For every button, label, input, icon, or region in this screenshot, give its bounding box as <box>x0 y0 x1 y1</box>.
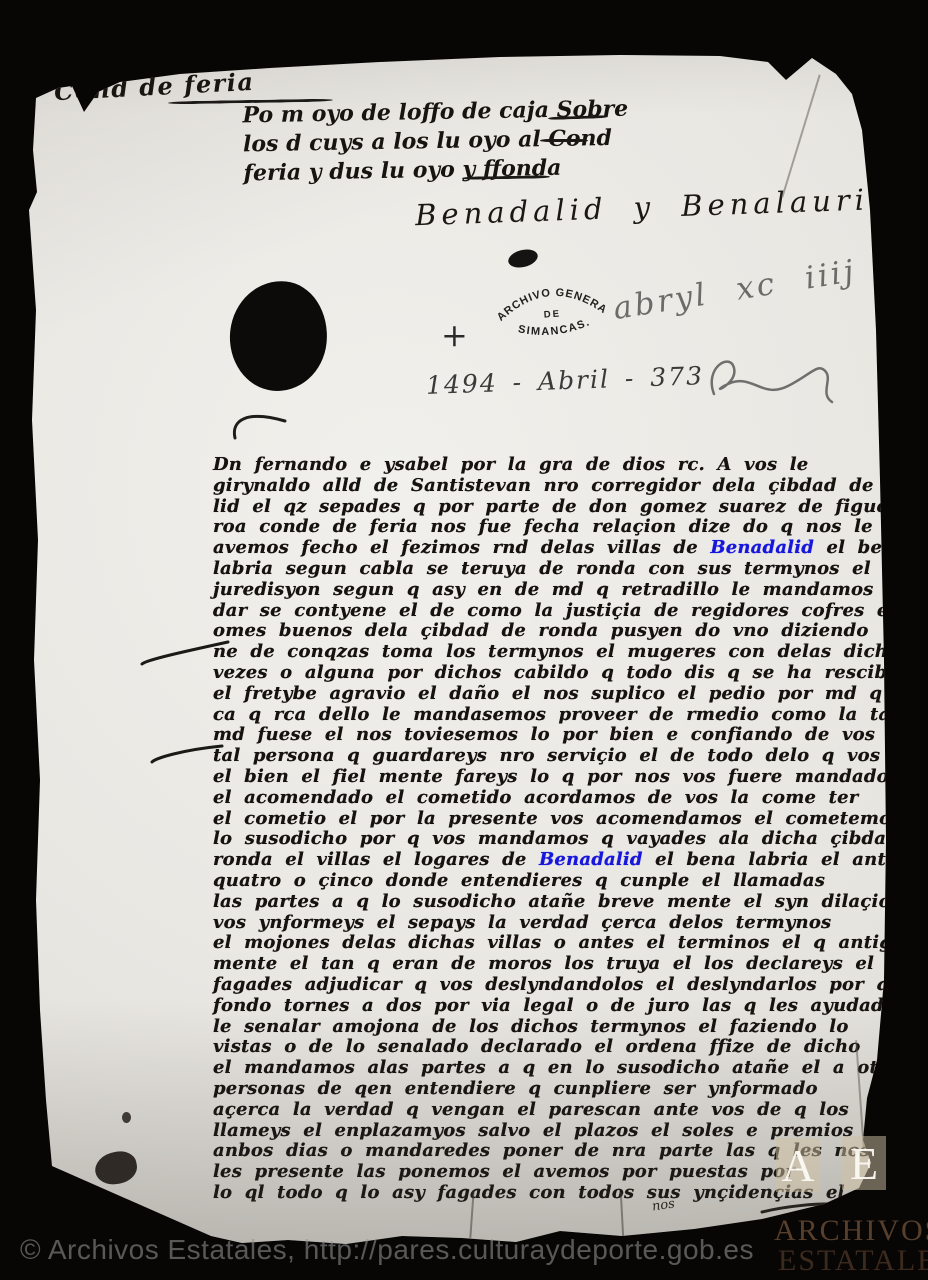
manuscript-line: quatro o çinco donde entendieres q cunpl… <box>213 871 888 892</box>
manuscript-line: tal persona q guardareys nro serviçio el… <box>213 746 888 767</box>
manuscript-line: las partes a q lo susodicho atañe breve … <box>213 892 888 913</box>
margin-flourish <box>140 636 230 666</box>
highlight-annotation: Benadalid <box>710 537 814 558</box>
manuscript-line: el cometio el por la presente vos acomen… <box>213 809 888 830</box>
copyright-watermark: © Archivos Estatales, http://pares.cultu… <box>20 1234 754 1266</box>
logo-letter-e: E <box>842 1136 886 1190</box>
manuscript-line: el mandamos alas partes a q en lo susodi… <box>213 1058 888 1079</box>
manuscript-line: le senalar amojona de los dichos termyno… <box>213 1017 888 1038</box>
ink-smudge <box>506 247 539 271</box>
svg-text:ARCHIVO GENERAL: ARCHIVO GENERAL <box>490 268 610 325</box>
svg-text:SIMANCAS.: SIMANCAS. <box>516 316 593 340</box>
manuscript-line: el fretybe agravio el daño el nos suplic… <box>213 684 888 705</box>
manuscript-tail-note: nos <box>651 1196 676 1214</box>
manuscript-line: el bien el fiel mente fareys lo q por no… <box>213 767 888 788</box>
manuscript-line: juredisyon segun q asy en de md q retrad… <box>213 580 888 601</box>
logo-letter-a: A <box>776 1138 820 1192</box>
top-left-annotation: Cond de feria <box>53 67 255 106</box>
manuscript-line: lo susodicho por q vos mandamos q vayade… <box>213 829 888 850</box>
pencil-date-annotation: abryl xc iiij <box>611 253 859 327</box>
document-scan: Cond de feria Po m oyo de loffo de caja … <box>0 0 928 1280</box>
cross-mark: + <box>441 316 468 354</box>
manuscript-paper: Cond de feria Po m oyo de loffo de caja … <box>0 0 928 1280</box>
manuscript-line: avemos fecho el fezimos rnd delas villas… <box>213 538 888 559</box>
paper-crease <box>781 75 820 198</box>
manuscript-line: roa conde de feria nos fue fecha relaçio… <box>213 517 888 538</box>
highlight-annotation: Benadalid <box>539 849 643 870</box>
manuscript-line: fagades adjudicar q vos deslyndandolos e… <box>213 975 888 996</box>
manuscript-line: fondo tornes a dos por via legal o de ju… <box>213 996 888 1017</box>
flourish-stroke <box>462 175 550 180</box>
ink-blot <box>225 276 333 396</box>
top-right-note-line: los d cuys a los lu oyo al Cond <box>243 124 629 160</box>
ink-stain <box>93 1149 140 1188</box>
manuscript-line: vos ynformeys el sepays la verdad çerca … <box>213 913 888 934</box>
logo-text-estatales: ESTATALES <box>778 1244 928 1278</box>
manuscript-line: el acomendado el cometido acordamos de v… <box>213 788 888 809</box>
manuscript-line: Dn fernando e ysabel por la gra de dios … <box>213 455 888 476</box>
ink-stroke <box>230 408 292 444</box>
paper-crease <box>469 1190 474 1238</box>
manuscript-text: Dn fernando e ysabel por la gra de dios … <box>213 455 888 1204</box>
ink-stain <box>122 1112 131 1123</box>
manuscript-line: dar se contyene el de como la justiçia d… <box>213 601 888 622</box>
manuscript-line: labria segun cabla se teruya de ronda co… <box>213 559 888 580</box>
logo-text-archivos: ARCHIVOS <box>774 1214 928 1248</box>
manuscript-line: girynaldo alld de Santistevan nro correg… <box>213 476 888 497</box>
manuscript-line: vistas o de lo senalado declarado el ord… <box>213 1037 888 1058</box>
document-title-annotation: Benadalid y Benalauria <box>415 182 892 233</box>
paper-crease <box>620 1192 624 1238</box>
margin-flourish <box>150 742 224 766</box>
catalog-date-annotation: 1494 - Abril - 373 <box>426 361 705 400</box>
flourish-stroke <box>548 115 608 120</box>
manuscript-line: personas de qen entendiere q cunpliere s… <box>213 1079 888 1100</box>
top-right-annotation: Po m oyo de loffo de caja Sobrelos d cuy… <box>242 95 629 189</box>
flourish-stroke <box>540 139 588 142</box>
top-left-flourish <box>168 99 333 105</box>
top-right-note-line: feria y dus lu oyo y ffonda <box>243 153 629 189</box>
manuscript-line: mente el tan q eran de moros los truya e… <box>213 954 888 975</box>
manuscript-line: lid el qz sepades q por parte de don gom… <box>213 497 888 518</box>
manuscript-line: ca q rca dello le mandasemos proveer de … <box>213 705 888 726</box>
archivos-estatales-logo: A E ARCHIVOS ESTATALES <box>776 1128 928 1280</box>
manuscript-line: omes buenos dela çibdad de ronda pusyen … <box>213 621 888 642</box>
manuscript-line: vezes o alguna por dichos cabildo q todo… <box>213 663 888 684</box>
top-right-note-line: Po m oyo de loffo de caja Sobre <box>242 95 628 131</box>
manuscript-line: el mojones delas dichas villas o antes e… <box>213 933 888 954</box>
stamp-text-simancas: SIMANCAS. <box>516 316 593 340</box>
manuscript-line: açerca la verdad q vengan el parescan an… <box>213 1100 888 1121</box>
stamp-text-de: DE <box>543 308 561 320</box>
archive-stamp: ARCHIVO GENERAL DE SIMANCAS. <box>490 268 615 348</box>
manuscript-line: ronda el villas el logares de Benadalid … <box>213 850 888 871</box>
manuscript-line: ne de conqzas toma los termynos el muger… <box>213 642 888 663</box>
pencil-rubric <box>700 342 840 412</box>
manuscript-line: md fuese el nos toviesemos lo por bien e… <box>213 725 888 746</box>
stamp-text-arc: ARCHIVO GENERAL <box>490 268 610 325</box>
